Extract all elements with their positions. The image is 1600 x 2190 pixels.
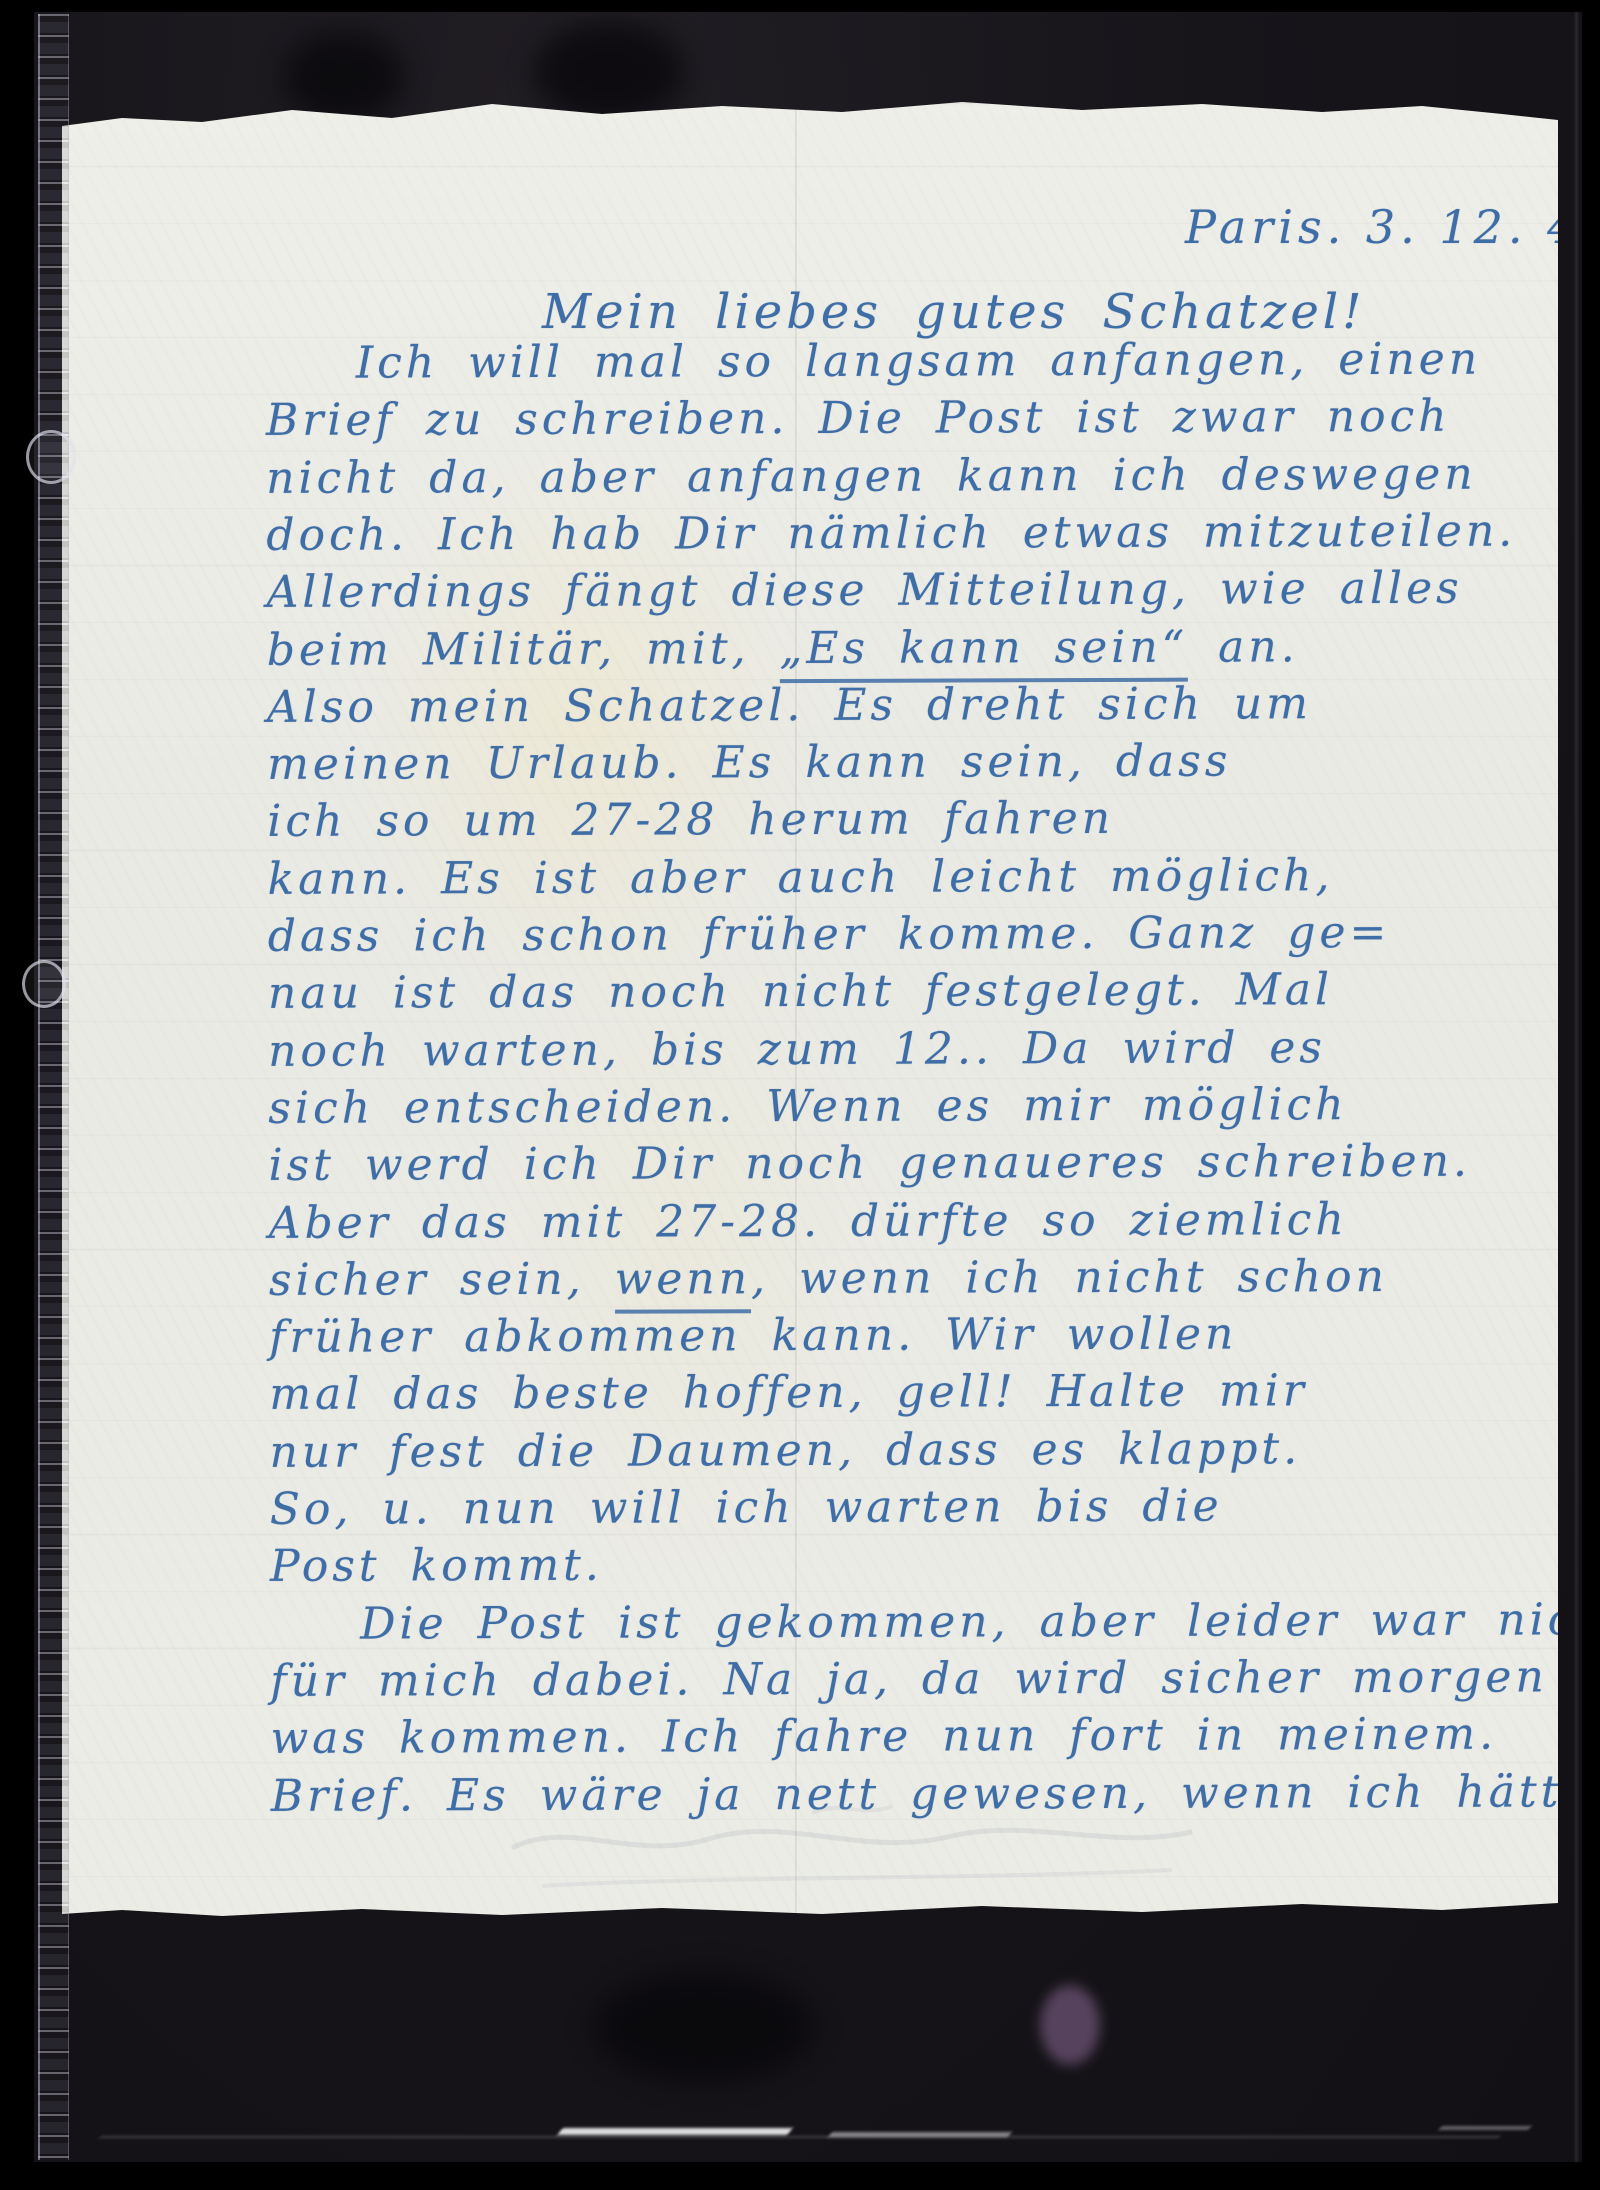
letter-lines: Ich will mal so langsam anfangen, einenB… [59, 85, 1561, 1920]
letter-line: meinen Urlaub. Es kann sein, dass [267, 740, 1231, 787]
letter-line: doch. Ich hab Dir nämlich etwas mitzutei… [266, 509, 1516, 557]
letter-line: kann. Es ist aber auch leicht möglich, [267, 854, 1333, 902]
purple-smudge [1040, 1985, 1100, 2065]
sleeve-binding-strip [38, 14, 69, 2160]
underlined-phrase: „Es kann sein“ [779, 621, 1188, 682]
letter-line: sich entscheiden. Wenn es mir möglich [268, 1083, 1347, 1131]
sleeve-shadow-blotch [594, 1972, 814, 2082]
letter-line: für mich dabei. Na ja, da wird sicher mo… [270, 1655, 1600, 1704]
letter-line: Allerdings fängt diese Mitteilung, wie a… [266, 567, 1462, 615]
letter-line: Post kommt. [270, 1544, 603, 1589]
letter-line: noch warten, bis zum 12.. Da wird es [268, 1026, 1326, 1074]
letter-line: Die Post ist gekommen, aber leider war n… [360, 1598, 1600, 1647]
letter-line: früher abkommen kann. Wir wollen [269, 1313, 1237, 1360]
sleeve-shadow-blotch [534, 22, 684, 122]
letter-line: So, u. nun will ich warten bis die [270, 1485, 1223, 1532]
letter-line: dass ich schon früher komme. Ganz ge= [268, 911, 1391, 959]
air-bubble [26, 430, 76, 484]
bleedthrough-marks [392, 1788, 1292, 1918]
letter-line: nur fest die Daumen, dass es klappt. [269, 1427, 1301, 1475]
letter-line: Aber das mit 27-28. dürfte so ziemlich [269, 1198, 1348, 1246]
letter-line: Ich will mal so langsam anfangen, einen [356, 338, 1482, 386]
letter-line: Also mein Schatzel. Es dreht sich um [267, 682, 1312, 730]
letter-line: nau ist das noch nicht festgelegt. Mal [268, 968, 1333, 1016]
gloss-reflection [558, 2128, 793, 2135]
letter-line: was kommen. Ich fahre nun fort in meinem… [270, 1713, 1497, 1761]
letter-line: mal das beste hoffen, gell! Halte mir [269, 1370, 1308, 1418]
letter-line: Brief zu schreiben. Die Post ist zwar no… [266, 395, 1451, 443]
air-bubble [22, 960, 66, 1008]
sleeve-shadow-blotch [284, 32, 404, 122]
letter-line: ist werd ich Dir noch genaueres schreibe… [268, 1140, 1471, 1188]
letter-page: Paris. 3. 12. 42. Mein liebes gutes Scha… [62, 88, 1558, 1918]
gloss-reflection [99, 2136, 1500, 2138]
letter-line: beim Militär, mit, „Es kann sein“ an. [267, 625, 1299, 673]
letter-line: nicht da, aber anfangen kann ich deswege… [266, 452, 1477, 500]
letter-line: ich so um 27-28 herum fahren [267, 797, 1114, 844]
underlined-phrase: wenn [615, 1253, 752, 1313]
gloss-reflection [1439, 2126, 1532, 2130]
letter-line: sicher sein, wenn, wenn ich nicht schon [269, 1255, 1388, 1303]
scan-background: Paris. 3. 12. 42. Mein liebes gutes Scha… [0, 0, 1600, 2190]
